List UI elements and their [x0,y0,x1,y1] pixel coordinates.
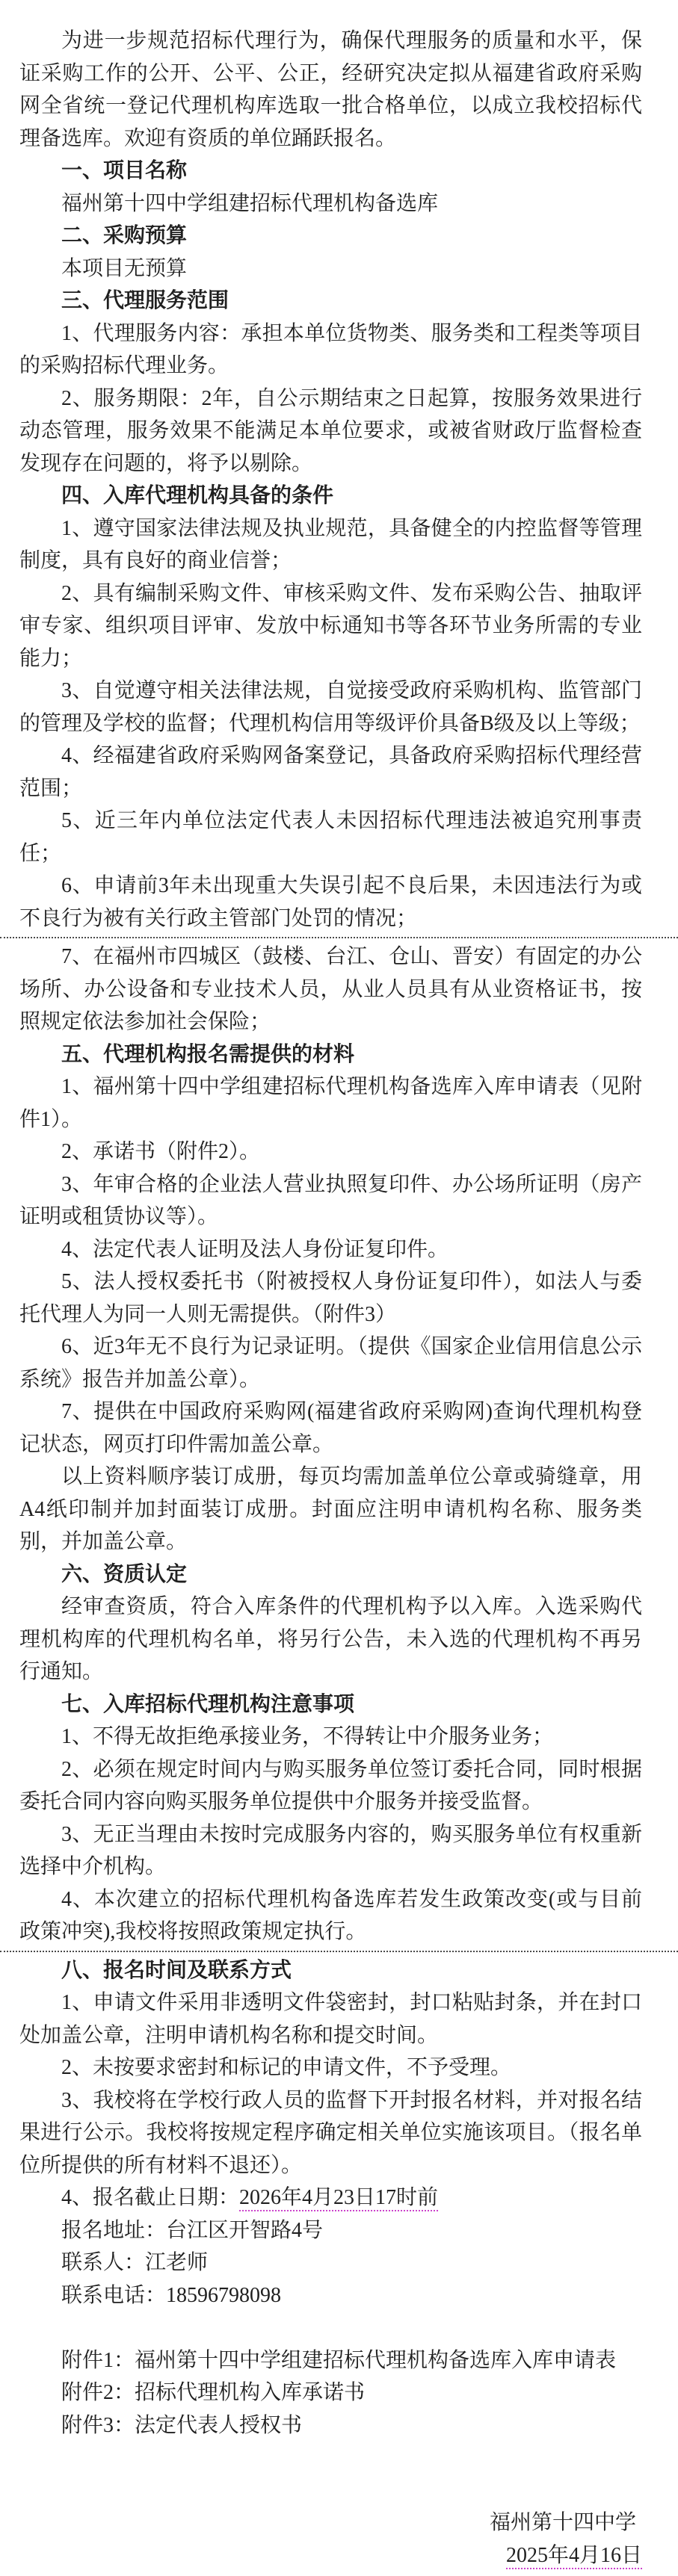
section-6-item-1: 经审查资质，符合入库条件的代理机构予以入库。入选采购代理机构库的代理机构名单，将… [19,1591,642,1688]
address-line: 报名地址：台江区开智路4号 [19,2214,642,2247]
section-5-item-5: 5、法人授权委托书（附被授权人身份证复印件），如法人与委托代理人为同一人则无需提… [19,1266,642,1331]
attachment-3: 附件3：法定代表人授权书 [19,2409,642,2442]
signature-block: 福州第十四中学 2025年4月16日 [19,2507,642,2572]
section-7-item-2: 2、必须在规定时间内与购买服务单位签订委托合同，同时根据委托合同内容向购买服务单… [19,1753,642,1818]
section-5-heading: 五、代理机构报名需提供的材料 [19,1038,642,1071]
section-5-item-3: 3、年审合格的企业法人营业执照复印件、办公场所证明（房产证明或租赁协议等）。 [19,1168,642,1233]
section-1-heading: 一、项目名称 [19,155,642,188]
section-7-item-4: 4、本次建立的招标代理机构备选库若发生政策改变(或与目前政策冲突),我校将按照政… [19,1883,642,1948]
section-2-heading: 二、采购预算 [19,220,642,253]
intro-paragraph: 为进一步规范招标代理行为，确保代理服务的质量和水平，保证采购工作的公开、公平、公… [19,25,642,155]
section-4-item-1: 1、遵守国家法律法规及执业规范，具备健全的内控监督等管理制度，具有良好的商业信誉… [19,513,642,578]
section-4-item-6: 6、申请前3年未出现重大失误引起不良后果，未因违法行为或不良行为被有关行政主管部… [19,870,642,935]
section-3-item-1: 1、代理服务内容：承担本单位货物类、服务类和工程类等项目的采购招标代理业务。 [19,318,642,383]
section-4-item-7: 7、在福州市四城区（鼓楼、台江、仓山、晋安）有固定的办公场所、办公设备和专业技术… [19,941,642,1038]
section-3-heading: 三、代理服务范围 [19,285,642,318]
signature-org: 福州第十四中学 [19,2507,642,2539]
section-5-item-4: 4、法定代表人证明及法人身份证复印件。 [19,1233,642,1266]
notice-document-page: 为进一步规范招标代理行为，确保代理服务的质量和水平，保证采购工作的公开、公平、公… [0,0,678,2576]
section-4-item-5: 5、近三年内单位法定代表人未因招标代理违法被追究刑事责任； [19,805,642,870]
deadline-line: 4、报名截止日期：2026年4月23日17时前 [19,2182,642,2214]
signature-date-line: 2025年4月16日 [19,2539,642,2572]
page-break-divider-1 [0,937,678,938]
section-5-item-2: 2、承诺书（附件2）。 [19,1136,642,1168]
attachment-1: 附件1：福州第十四中学组建招标代理机构备选库入库申请表 [19,2344,642,2377]
section-4-item-2: 2、具有编制采购文件、审核采购文件、发布采购公告、抽取评审专家、组织项目评审、发… [19,578,642,675]
section-8-item-2: 2、未按要求密封和标记的申请文件，不予受理。 [19,2052,642,2084]
section-8-item-3: 3、我校将在学校行政人员的监督下开封报名材料，并对报名结果进行公示。我校将按规定… [19,2084,642,2182]
attachments-list: 附件1：福州第十四中学组建招标代理机构备选库入库申请表 附件2：招标代理机构入库… [19,2344,642,2442]
attachment-2: 附件2：招标代理机构入库承诺书 [19,2377,642,2409]
section-7-item-3: 3、无正当理由未按时完成服务内容的，购买服务单位有权重新选择中介机构。 [19,1818,642,1883]
section-6-heading: 六、资质认定 [19,1558,642,1591]
section-4-item-3: 3、自觉遵守相关法律法规，自觉接受政府采购机构、监管部门的管理及学校的监督；代理… [19,675,642,740]
section-7-item-1: 1、不得无故拒绝承接业务，不得转让中介服务业务； [19,1721,642,1753]
section-4-item-4: 4、经福建省政府采购网备案登记，具备政府采购招标代理经营范围； [19,740,642,805]
signature-date: 2025年4月16日 [506,2544,642,2569]
section-5-item-7: 7、提供在中国政府采购网(福建省政府采购网)查询代理机构登记状态，网页打印件需加… [19,1396,642,1461]
section-5-item-1: 1、福州第十四中学组建招标代理机构备选库入库申请表（见附件1）。 [19,1071,642,1136]
section-3-item-2: 2、服务期限：2年，自公示期结束之日起算，按服务效果进行动态管理，服务效果不能满… [19,383,642,480]
deadline-value: 2026年4月23日17时前 [239,2186,438,2211]
section-5-item-6: 6、近3年无不良行为记录证明。（提供《国家企业信用信息公示系统》报告并加盖公章）… [19,1331,642,1396]
deadline-label: 4、报名截止日期： [61,2186,239,2209]
section-7-heading: 七、入库招标代理机构注意事项 [19,1688,642,1721]
section-8-item-1: 1、申请文件采用非透明文件袋密封，封口粘贴封条，并在封口处加盖公章，注明申请机构… [19,1987,642,2052]
section-4-heading: 四、入库代理机构具备的条件 [19,480,642,513]
contact-line: 联系人：江老师 [19,2247,642,2279]
phone-line: 联系电话：18596798098 [19,2279,642,2312]
page-break-divider-2 [0,1951,678,1952]
section-8-heading: 八、报名时间及联系方式 [19,1954,642,1987]
section-1-item-1: 福州第十四中学组建招标代理机构备选库 [19,188,642,220]
section-5-binding-note: 以上资料顺序装订成册，每页均需加盖单位公章或骑缝章，用A4纸印制并加封面装订成册… [19,1461,642,1558]
section-2-item-1: 本项目无预算 [19,253,642,285]
